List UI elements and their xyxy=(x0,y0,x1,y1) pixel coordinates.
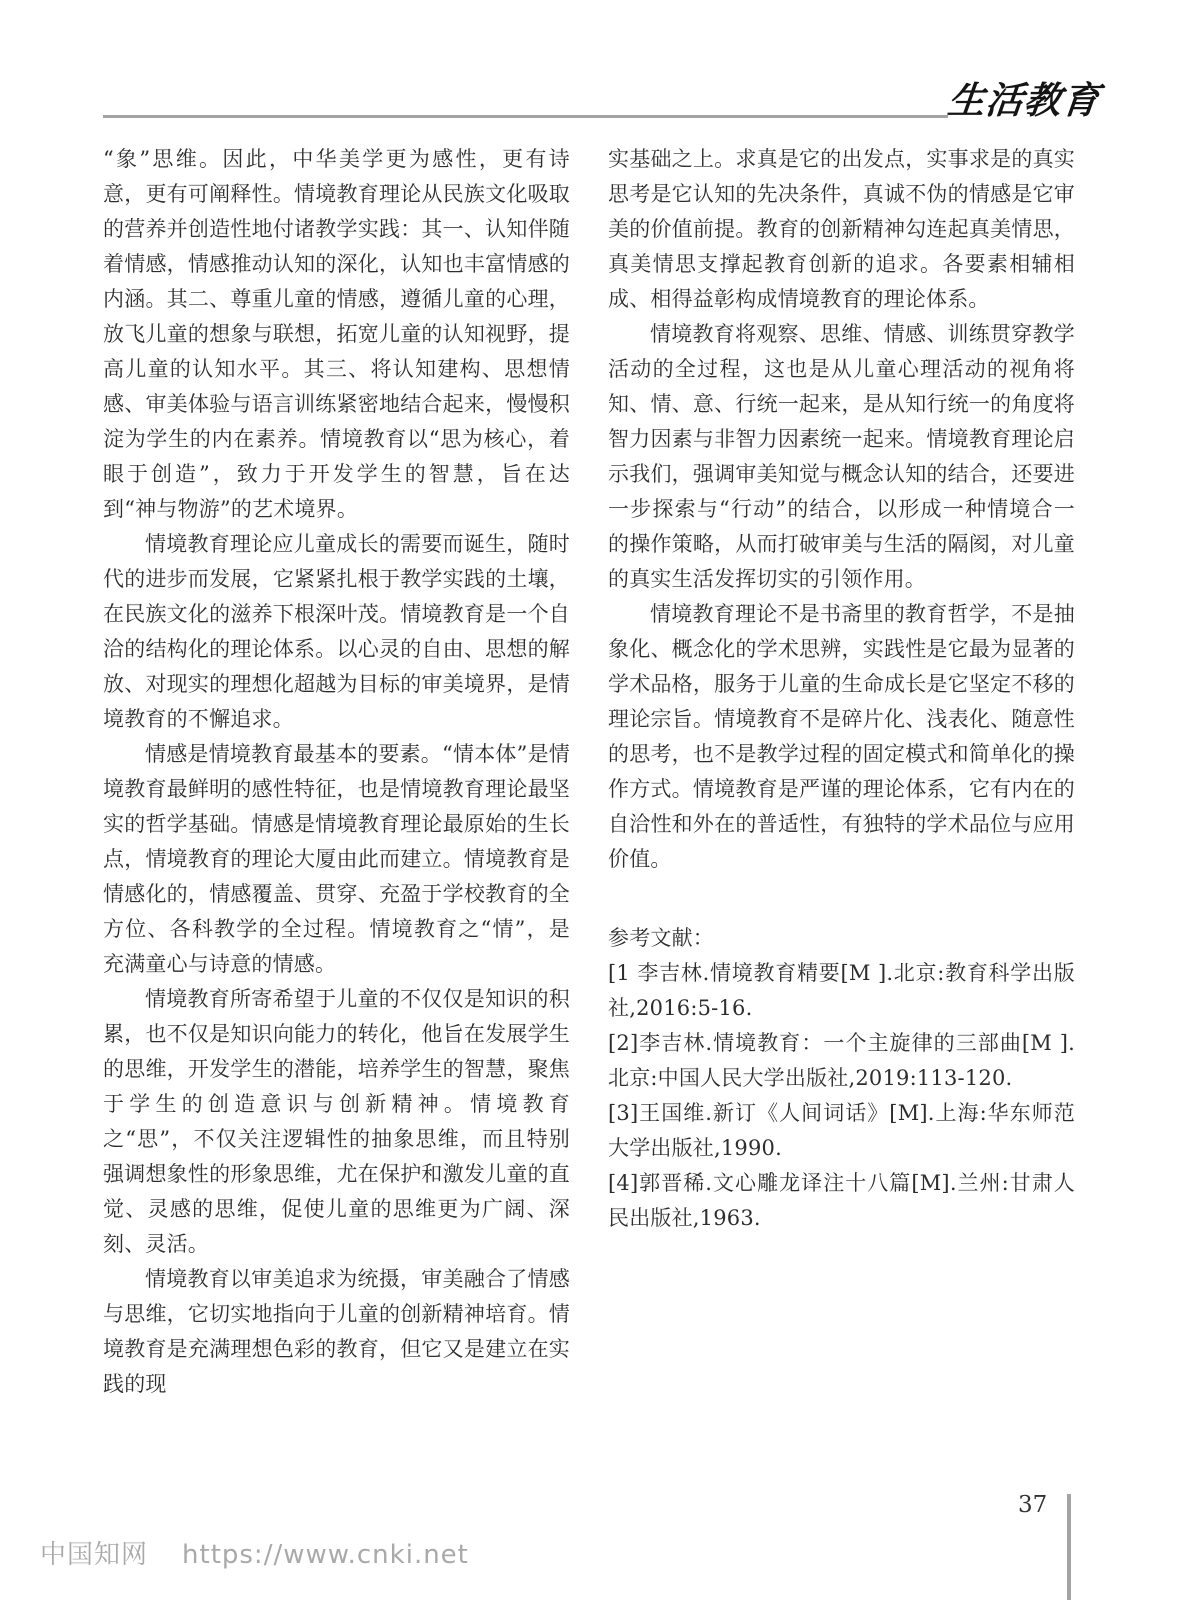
reference-item: [3]王国维.新订《人间词话》[M].上海:华东师范大学出版社,1990. xyxy=(608,1096,1075,1166)
body-paragraph: 情境教育以审美追求为统摄，审美融合了情感与思维，它切实地指向于儿童的创新精神培育… xyxy=(103,1262,570,1402)
references-section: 参考文献： [1 李吉林.情境教育精要[M ].北京:教育科学出版社,2016:… xyxy=(608,921,1075,1236)
right-column-paragraphs: 实基础之上。求真是它的出发点，实事求是的真实思考是它认知的先决条件，真诚不伪的情… xyxy=(608,142,1075,877)
body-paragraph: 情境教育将观察、思维、情感、训练贯穿教学活动的全过程，这也是从儿童心理活动的视角… xyxy=(608,317,1075,597)
left-column: “象”思维。因此，中华美学更为感性，更有诗意，更有可阐释性。情境教育理论从民族文… xyxy=(103,142,570,1402)
footer-vertical-rule xyxy=(1067,1494,1071,1600)
right-column: 实基础之上。求真是它的出发点，实事求是的真实思考是它认知的先决条件，真诚不伪的情… xyxy=(608,142,1075,1236)
references-list: [1 李吉林.情境教育精要[M ].北京:教育科学出版社,2016:5-16.[… xyxy=(608,956,1075,1236)
left-column-paragraphs: “象”思维。因此，中华美学更为感性，更有诗意，更有可阐释性。情境教育理论从民族文… xyxy=(103,142,570,1402)
references-heading: 参考文献： xyxy=(608,921,1075,956)
body-paragraph: 情境教育理论不是书斋里的教育哲学，不是抽象化、概念化的学术思辨，实践性是它最为显… xyxy=(608,597,1075,877)
page-number: 37 xyxy=(1018,1492,1047,1518)
body-paragraph: “象”思维。因此，中华美学更为感性，更有诗意，更有可阐释性。情境教育理论从民族文… xyxy=(103,142,570,527)
cnki-site-name: 中国知网 xyxy=(40,1540,148,1570)
body-paragraph: 情感是情境教育最基本的要素。“情本体”是情境教育最鲜明的感性特征，也是情境教育理… xyxy=(103,737,570,982)
body-paragraph: 情境教育理论应儿童成长的需要而诞生，随时代的进步而发展，它紧紧扎根于教学实践的土… xyxy=(103,527,570,737)
reference-item: [1 李吉林.情境教育精要[M ].北京:教育科学出版社,2016:5-16. xyxy=(608,956,1075,1026)
header-rule xyxy=(103,115,948,118)
journal-logo: 生活教育 xyxy=(945,74,1082,126)
reference-item: [4]郭晋稀.文心雕龙译注十八篇[M].兰州:甘肃人民出版社,1963. xyxy=(608,1166,1075,1236)
body-paragraph: 情境教育所寄希望于儿童的不仅仅是知识的积累，也不仅是知识向能力的转化，他旨在发展… xyxy=(103,982,570,1262)
reference-item: [2]李吉林.情境教育：一个主旋律的三部曲[M ].北京:中国人民大学出版社,2… xyxy=(608,1026,1075,1096)
footer-watermark: 中国知网https://www.cnki.net xyxy=(40,1534,469,1571)
cnki-site-url[interactable]: https://www.cnki.net xyxy=(182,1540,469,1570)
document-page: 生活教育 “象”思维。因此，中华美学更为感性，更有诗意，更有可阐释性。情境教育理… xyxy=(0,0,1178,1600)
body-paragraph: 实基础之上。求真是它的出发点，实事求是的真实思考是它认知的先决条件，真诚不伪的情… xyxy=(608,142,1075,317)
